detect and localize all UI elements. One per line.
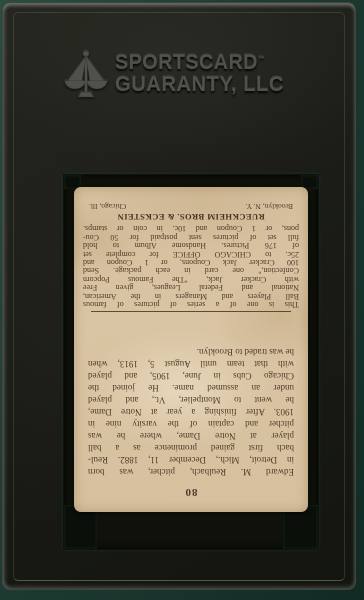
card-well: 80 Edward M. Reulbach, pitcher, was born…: [63, 174, 319, 550]
city-right: Chicago, Ill.: [89, 202, 126, 211]
brand-text: SPORTSCARD™ GUARANTY, LLC: [115, 49, 284, 95]
text-line: under an assumed name. He joined the: [88, 382, 294, 394]
text-line: in Detroit, Mich., December 11, 1882. Re…: [88, 454, 294, 466]
text-line: with that team until August 5, 1913, whe…: [88, 358, 294, 370]
maker-name: RUECKHEIM BROS. & ECKSTEIN: [74, 212, 308, 222]
sgc-slab-back: SPORTSCARD™ GUARANTY, LLC 80 Edward M. R…: [2, 2, 356, 590]
text-line: of 176 Pictures. Handsome Album to hold: [83, 241, 299, 249]
text-line: 100 Cracker Jack Coupons, or 1 Coupon an…: [83, 258, 299, 266]
card-content-rotated: 80 Edward M. Reulbach, pitcher, was born…: [74, 187, 308, 512]
text-line: with Cracker Jack, "The Famous Popcorn: [83, 274, 299, 282]
text-line: pitcher and captain of the varsity nine …: [88, 418, 294, 430]
maker-cities: Brooklyn, N. Y. Chicago, Ill.: [74, 202, 308, 211]
divider-rule: [91, 311, 291, 312]
text-line: 1903. After finishing a year at Notre Da…: [88, 406, 294, 418]
text-line: Edward M. Reulbach, pitcher, was born: [88, 466, 294, 478]
sgc-logo: SPORTSCARD™ GUARANTY, LLC: [3, 49, 355, 101]
graded-card-back: 80 Edward M. Reulbach, pitcher, was born…: [74, 187, 308, 512]
brand-line-2: GUARANTY, LLC: [115, 73, 284, 95]
text-line: he went to Montpelier, Vt., and played: [88, 394, 294, 406]
text-line: National and Federal Leagues, given Free: [83, 283, 299, 291]
text-line: 25c. to CHICAGO OFFICE for complete set: [83, 249, 299, 257]
text-line: he was traded to Brooklyn.: [88, 346, 294, 358]
text-line: Chicago Cubs in June, 1905, and played: [88, 370, 294, 382]
balance-scale-icon: [64, 49, 108, 101]
text-line: bach first gained prominence as a ball: [88, 442, 294, 454]
slab-photo: SPORTSCARD™ GUARANTY, LLC 80 Edward M. R…: [0, 0, 364, 600]
brand-line-1: SPORTSCARD™: [115, 49, 284, 73]
trademark-symbol: ™: [258, 56, 265, 63]
text-line: Ball Players and Managers in the America…: [83, 291, 299, 299]
player-bio-text: Edward M. Reulbach, pitcher, was bornin …: [88, 346, 294, 478]
text-line: pons, or 1 Coupon and 10c. in coin or st…: [83, 224, 299, 232]
text-line: Confection," one card in each package. S…: [83, 266, 299, 274]
text-line: This is one of a series of pictures of f…: [83, 300, 299, 308]
promo-text: This is one of a series of pictures of f…: [83, 224, 299, 308]
text-line: full set of pictures sent postpaid for 5…: [83, 232, 299, 240]
text-line: player at Notre Dame, where he was: [88, 430, 294, 442]
card-number: 80: [74, 486, 308, 498]
city-left: Brooklyn, N. Y.: [246, 202, 293, 211]
